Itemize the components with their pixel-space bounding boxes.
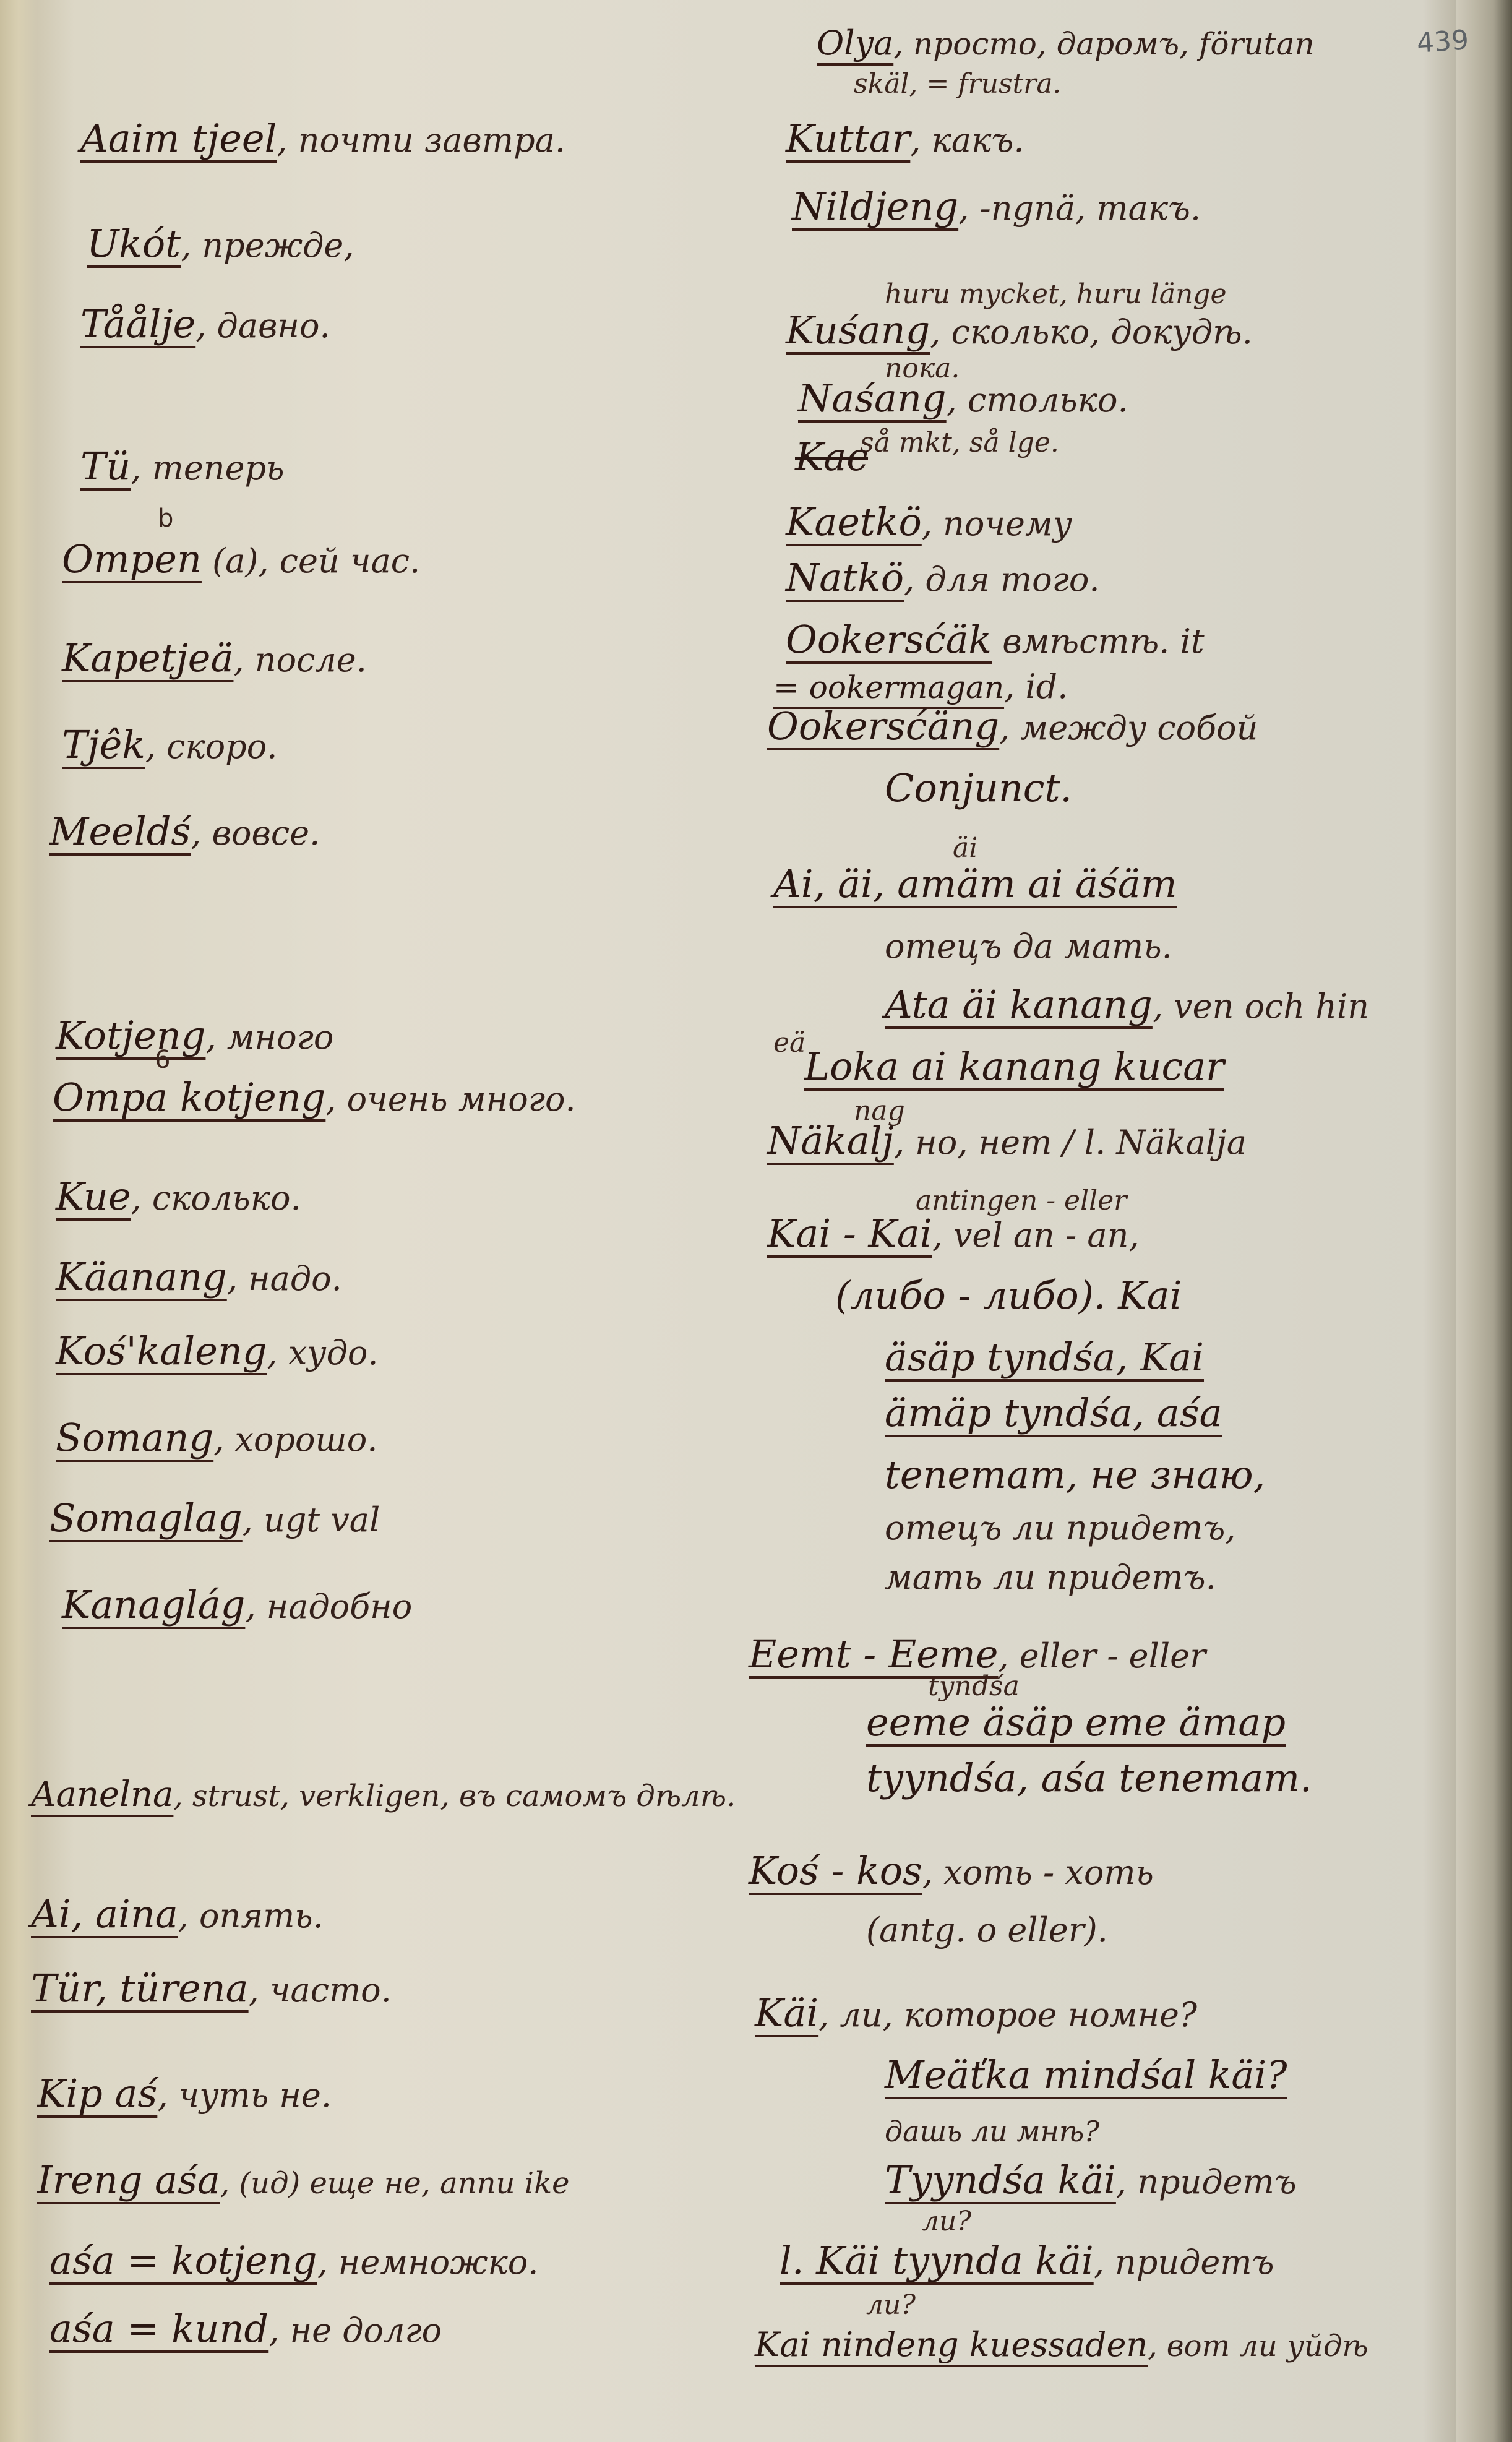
- example-line: мать ли придетъ.: [885, 1559, 1216, 1596]
- example-sentence: Kai nindeng kuessaden, вот ли уйдѣ: [755, 2326, 1368, 2363]
- dictionary-entry: Tü, теперь: [80, 445, 285, 488]
- swedish-gloss-above: huru mycket, huru länge: [885, 278, 1227, 310]
- dictionary-entry: Käi, ли, которое номне?: [755, 1992, 1197, 2034]
- dictionary-entry: Somang, хорошо.: [56, 1417, 377, 1459]
- dictionary-entry: Ai, aina, опять.: [31, 1893, 324, 1935]
- dictionary-entry: aśa = kund, не долго: [49, 2308, 442, 2350]
- dictionary-entry: = ookermagan, id.: [773, 668, 1068, 705]
- superscript-annotation: 6: [155, 1046, 170, 1074]
- dictionary-entry: Somaglag, ugt val: [49, 1497, 380, 1539]
- example-translation: отецъ да мать.: [885, 928, 1172, 965]
- dictionary-entry: Eemt - Eeme, eller - eller: [749, 1633, 1206, 1675]
- dictionary-entry: Ompen (a), сей час.: [62, 538, 420, 580]
- example-line: ämäp tyndśa, aśa: [885, 1392, 1222, 1434]
- example-line: дашь ли мнѣ?: [885, 2116, 1099, 2147]
- dictionary-entry: Näkalj, но, нет / l. Näkalja: [767, 1120, 1247, 1162]
- dictionary-entry: Olya, просто, даромъ, förutan: [817, 25, 1315, 61]
- example-line: (либо - либо). Kai: [835, 1275, 1182, 1317]
- dictionary-entry: Ukót, прежде,: [87, 223, 354, 265]
- example-sentence: Loka ai kanang kucar: [804, 1046, 1224, 1088]
- dictionary-entry: Ompa kotjeng, очень много.: [53, 1077, 576, 1119]
- gloss-below: ли?: [922, 2206, 971, 2237]
- dictionary-entry: Kapetjeä, после.: [62, 637, 367, 679]
- superscript-annotation: äi: [953, 832, 977, 864]
- book-page-edges: [1456, 0, 1512, 2442]
- dictionary-entry: Kai - Kai, vel an - an,: [767, 1213, 1140, 1255]
- example-line: tyyndśa, aśa tenemam.: [866, 1757, 1312, 1799]
- example-sentence: Tyyndśa käi, придетъ: [885, 2159, 1297, 2201]
- superscript-annotation: b: [158, 504, 173, 533]
- dictionary-entry: Ai, äi, amäm ai äśäm: [773, 863, 1177, 905]
- dictionary-entry: Ireng aśa, (ид) еще не, annu ike: [37, 2159, 570, 2201]
- dictionary-entry: Kip aś, чуть не.: [37, 2073, 332, 2115]
- example-line: (antg. o eller).: [866, 1912, 1108, 1948]
- dictionary-entry: Koś'kaleng, худо.: [56, 1330, 379, 1372]
- dictionary-entry: Kaetkö, почему: [786, 501, 1072, 543]
- manuscript-page: 439 Aaim tjeel, почти завтра. Ukót, преж…: [0, 0, 1512, 2442]
- dictionary-entry: Ookersćäng, между собой: [767, 705, 1258, 747]
- dictionary-entry: Tjêk, скоро.: [62, 724, 277, 766]
- dictionary-entry: Kotjeng, много: [56, 1015, 333, 1057]
- entry-continuation: skäl, = frustra.: [854, 68, 1062, 100]
- dictionary-entry: Kuśang, сколько, докудѣ.: [786, 309, 1253, 351]
- dictionary-entry: Naśang, столько.: [798, 377, 1128, 419]
- dictionary-entry: aśa = kotjeng, немножко.: [49, 2240, 538, 2282]
- example-line: Meäťka mindśal käi?: [885, 2054, 1287, 2096]
- dictionary-entry: Kuttar, какъ.: [786, 118, 1024, 160]
- dictionary-entry: Tür, türena, часто.: [31, 1967, 392, 2010]
- example-sentence: Ata äi kanang, ven och hin: [885, 984, 1369, 1026]
- dictionary-entry: Aaim tjeel, почти завтра.: [80, 118, 565, 160]
- gloss-below: ли?: [866, 2289, 916, 2321]
- dictionary-entry: Ookersćäk вмѣстѣ. it: [786, 619, 1205, 661]
- section-title: Conjunct.: [885, 767, 1072, 809]
- dictionary-entry: Tåålje, давно.: [80, 303, 330, 345]
- swedish-gloss-above: antingen - eller: [916, 1185, 1127, 1216]
- dictionary-entry: Käanang, надо.: [56, 1256, 342, 1298]
- dictionary-entry: Nildjeng, -ngnä, такъ.: [792, 186, 1201, 228]
- example-line: отецъ ли придетъ,: [885, 1510, 1236, 1546]
- page-number: 439: [1415, 24, 1469, 59]
- dictionary-entry: Meeldś, вовсе.: [49, 810, 320, 853]
- dictionary-entry: Aanelna, strust, verkligen, въ самомъ дѣ…: [31, 1776, 736, 1814]
- example-line: tenemam, не знаю,: [885, 1454, 1265, 1496]
- superscript-annotation: eä: [773, 1027, 805, 1059]
- dictionary-entry: Kac: [795, 436, 868, 478]
- dictionary-entry: Kanaglág, надобно: [62, 1584, 412, 1626]
- example-line: eeme äsäp eme ämap: [866, 1701, 1286, 1743]
- dictionary-entry: Koś - kos, хоть - хоть: [749, 1850, 1154, 1892]
- gloss-below: så mkt, så lge.: [860, 427, 1059, 458]
- dictionary-entry: Kue, сколько.: [56, 1176, 301, 1218]
- example-sentence: l. Käi tyynda käi, придетъ: [780, 2240, 1274, 2282]
- example-line: äsäp tyndśa, Kai: [885, 1336, 1204, 1378]
- dictionary-entry: Natkö, для того.: [786, 557, 1100, 599]
